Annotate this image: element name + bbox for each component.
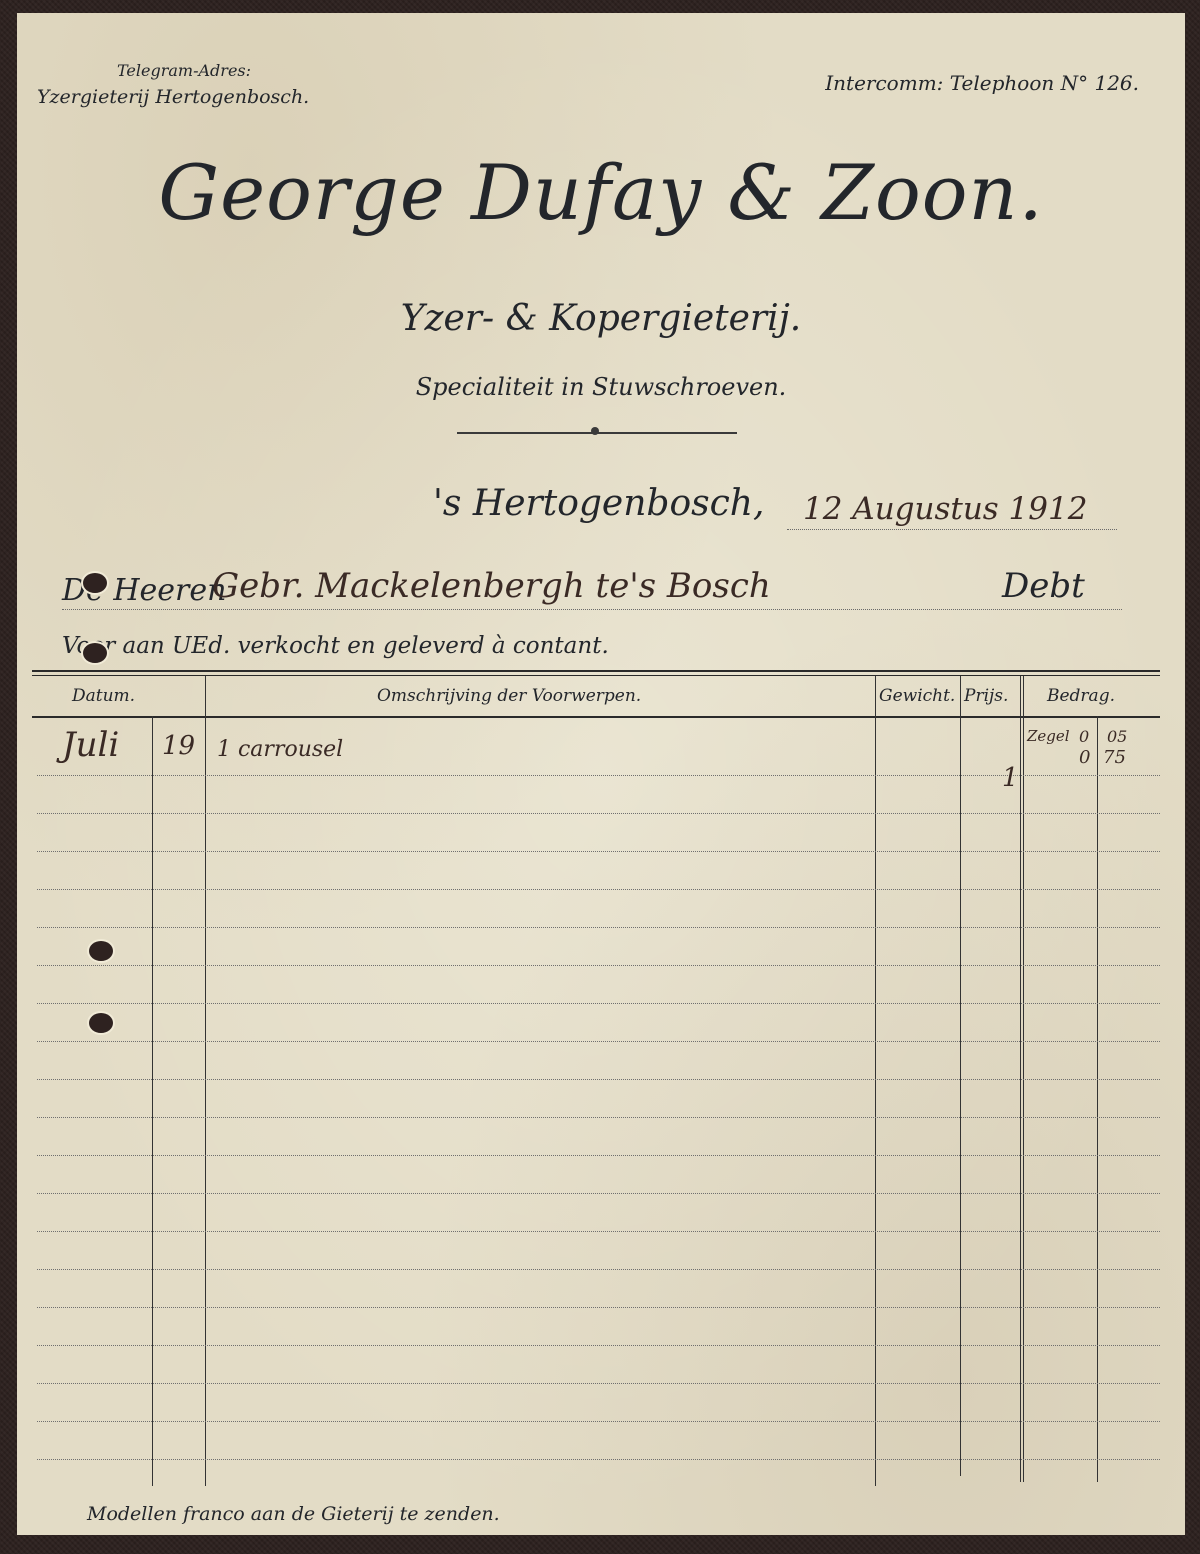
row-description: 1 carrousel: [217, 737, 343, 762]
company-name: George Dufay & Zoon.: [17, 148, 1185, 237]
table-row: [37, 1421, 1160, 1422]
row-day: 19: [162, 731, 195, 761]
row-amount-cents: 75: [1103, 747, 1126, 768]
telegram-address: Yzergieterij Hertogenbosch.: [37, 86, 309, 108]
footer-note: Modellen franco aan de Gieterij te zende…: [87, 1503, 500, 1525]
table-row: [37, 889, 1160, 890]
table-row: [37, 1155, 1160, 1156]
invoice-date: 12 Augustus 1912: [803, 491, 1087, 527]
sold-statement: Voor aan UEd. verkocht en geleverd à con…: [62, 633, 609, 659]
table-row: [37, 1117, 1160, 1118]
table-header-border: [32, 716, 1160, 718]
recipient-name: Gebr. Mackelenbergh te's Bosch: [212, 566, 771, 606]
row-amount-whole: 0: [1079, 727, 1089, 746]
row-price: 1: [1002, 763, 1019, 793]
column-divider-description: [205, 676, 206, 1486]
table-row: [37, 1231, 1160, 1232]
header-amount: Bedrag.: [1047, 686, 1115, 706]
table-row: [37, 813, 1160, 814]
row-amount-label: Zegel: [1027, 727, 1070, 745]
invoice-document: Telegram-Adres: Yzergieterij Hertogenbos…: [17, 13, 1185, 1535]
table-row: [37, 775, 1160, 776]
punch-hole: [83, 643, 107, 663]
table-row: [37, 927, 1160, 928]
row-amount-whole: 0: [1079, 747, 1090, 768]
company-specialty: Specialiteit in Stuwschroeven.: [17, 373, 1185, 401]
table-row: [37, 1345, 1160, 1346]
table-row: [37, 1307, 1160, 1308]
column-divider-day: [152, 716, 153, 1486]
telephone-number: Intercomm: Telephoon N° 126.: [825, 71, 1139, 95]
header-weight: Gewicht.: [879, 686, 955, 706]
header-date: Datum.: [72, 686, 135, 706]
table-top-border-thin: [32, 675, 1160, 676]
punch-hole: [83, 573, 107, 593]
table-top-border: [32, 670, 1160, 672]
table-row: [37, 1459, 1160, 1460]
invoice-city: 's Hertogenbosch,: [433, 483, 764, 524]
punch-hole: [89, 1013, 113, 1033]
table-row: [37, 1269, 1160, 1270]
recipient-dotted-line: [62, 609, 1122, 610]
table-row: [37, 1383, 1160, 1384]
table-row: [37, 851, 1160, 852]
company-subtitle: Yzer- & Kopergieterij.: [17, 298, 1185, 339]
column-divider-weight: [875, 676, 876, 1486]
date-dotted-line: [787, 529, 1117, 530]
table-row: [37, 1003, 1160, 1004]
column-divider-cents: [1097, 716, 1098, 1482]
column-divider-price: [960, 676, 961, 1476]
ornament-dot-icon: [591, 427, 599, 435]
table-row: [37, 1041, 1160, 1042]
telegram-label: Telegram-Adres:: [117, 61, 251, 80]
table-row: [37, 1193, 1160, 1194]
header-description: Omschrijving der Voorwerpen.: [377, 686, 641, 706]
table-row: [37, 1079, 1160, 1080]
punch-hole: [89, 941, 113, 961]
row-month: Juli: [62, 725, 119, 765]
header-price: Prijs.: [964, 686, 1008, 706]
table-row: [37, 965, 1160, 966]
row-amount-cents: 05: [1107, 727, 1127, 746]
debit-label: Debt: [1002, 566, 1085, 606]
